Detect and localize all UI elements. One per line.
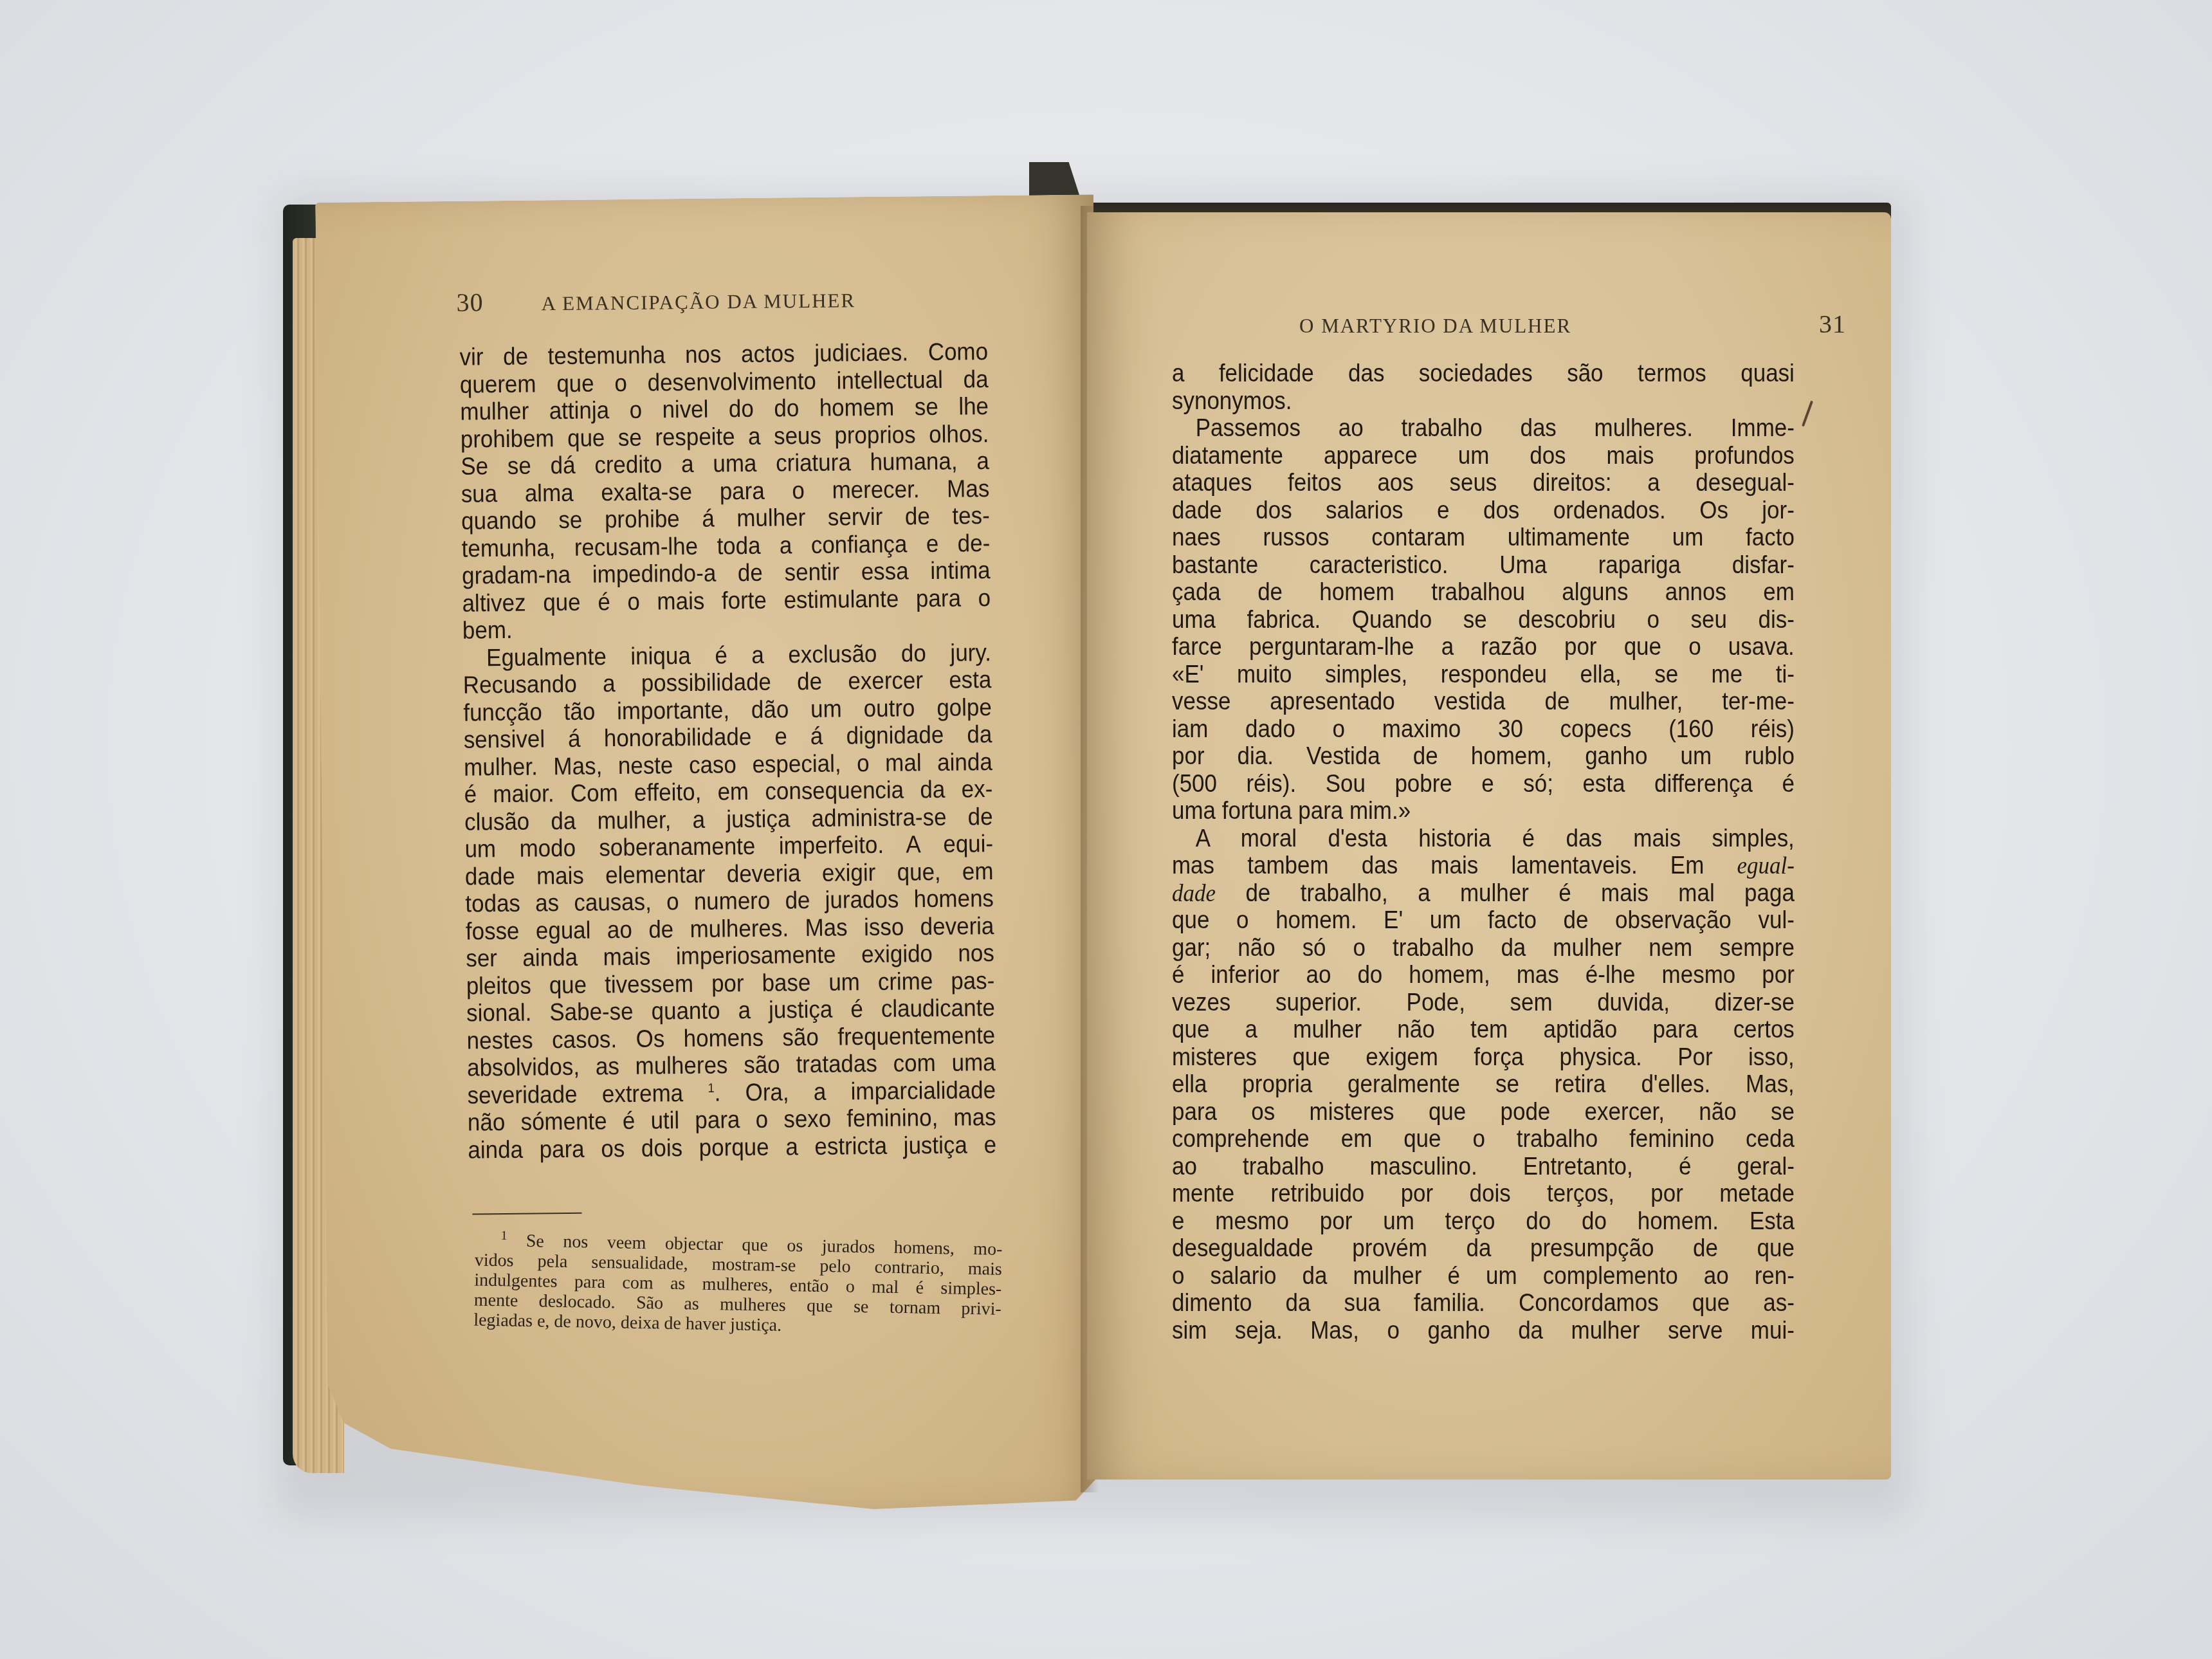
text-line: çada de homem trabalhou alguns annos em [1172,579,1795,607]
text-line-with-italic: mas tambem das mais lamentaveis. Em egua… [1172,852,1795,880]
text-line: farce perguntaram-lhe a razão por que o … [1172,634,1795,661]
text-segment: severidade extrema [467,1080,683,1110]
text-line: sim seja. Mas, o ganho da mulher serve m… [1172,1317,1795,1345]
text-line: a felicidade das sociedades são termos q… [1172,360,1795,388]
italic-word: egual- [1737,852,1795,879]
right-page-body: a felicidade das sociedades são termos q… [1172,360,1795,1344]
text-line: dade dos salarios e dos ordenados. Os jo… [1172,497,1795,525]
italic-word: dade [1172,880,1216,907]
text-line: ataques feitos aos seus direitos: a dese… [1172,470,1795,497]
text-line: diatamente apparece um dos mais profundo… [1172,443,1795,470]
text-line: gar; não só o trabalho da mulher nem sem… [1172,935,1795,962]
text-line: o salario da mulher é um complemento ao … [1172,1263,1795,1290]
text-line: dimento da sua familia. Concordamos que … [1172,1290,1795,1317]
text-line: altivez que é o mais forte estimulante p… [462,585,991,618]
text-line: vezes superior. Pode, sem duvida, dizer-… [1172,989,1795,1017]
text-line: que o homem. E' um facto de observação v… [1172,907,1795,935]
text-segment: . Ora, a imparcialidade [714,1076,996,1106]
text-line: que a mulher não tem aptidão para certos [1172,1016,1795,1044]
text-line: comprehende em que o trabalho feminino c… [1172,1126,1795,1153]
text-line: e mesmo por um terço do do homem. Esta [1172,1208,1795,1236]
footnote-divider [472,1213,581,1215]
left-page: 30 A EMANCIPAÇÃO DA MULHER vir de testem… [315,194,1107,1515]
pencil-mark [1802,401,1813,427]
text-line: synonymos. [1172,388,1795,416]
text-line: vesse apresentado vestida de mulher, ter… [1172,688,1795,716]
text-line: (500 réis). Sou pobre e só; esta differe… [1172,771,1795,798]
text-line: mente retribuido por dois terços, por me… [1172,1180,1795,1208]
text-line-with-italic: dade de trabalho, a mulher é mais mal pa… [1172,880,1795,908]
text-line: iam dado o maximo 30 copecs (160 réis) [1172,716,1795,744]
text-line: ainda para os dois porque a estricta jus… [468,1131,996,1164]
text-line: Passemos ao trabalho das mulheres. Imme- [1172,415,1795,443]
text-line: por dia. Vestida de homem, ganho um rubl… [1172,743,1795,771]
text-segment: de trabalho, a mulher é mais mal paga [1245,880,1794,907]
page-number: 31 [1819,309,1846,339]
page-number: 30 [456,287,483,317]
left-page-body: vir de testemunha nos actos judiciaes. C… [459,338,996,1164]
footnote-reference[interactable]: 1 [708,1081,714,1095]
text-line: desegualdade provém da presumpção de que [1172,1235,1795,1263]
text-line: para os misteres que pode exercer, não s… [1172,1099,1795,1126]
text-line: A moral d'esta historia é das mais simpl… [1172,825,1795,853]
right-page: O MARTYRIO DA MULHER 31 a felicidade das… [1087,212,1891,1480]
right-page-header: O MARTYRIO DA MULHER 31 [1299,309,1846,339]
left-page-header: 30 A EMANCIPAÇÃO DA MULHER [456,280,1099,317]
text-line: ella propria geralmente se retira d'elle… [1172,1071,1795,1099]
footnote: 1 Se nos veem objectar que os jurados ho… [473,1230,1003,1339]
text-line: uma fabrica. Quando se descobriu o seu d… [1172,607,1795,634]
text-line: «E' muito simples, respondeu ella, se me… [1172,661,1795,689]
text-segment: mas tambem das mais lamentaveis. Em [1172,852,1737,879]
text-line: é inferior ao do homem, mas é-lhe mesmo … [1172,962,1795,989]
footnote-marker: 1 [500,1229,507,1243]
running-title: A EMANCIPAÇÃO DA MULHER [541,289,855,315]
text-line: naes russos contaram ultimamente um fact… [1172,524,1795,552]
running-title: O MARTYRIO DA MULHER [1299,315,1571,338]
text-line: uma fortuna para mim.» [1172,798,1795,825]
text-line: misteres que exigem força physica. Por i… [1172,1044,1795,1072]
text-line: ao trabalho masculino. Entretanto, é ger… [1172,1153,1795,1181]
text-line: bastante caracteristico. Uma rapariga di… [1172,552,1795,580]
